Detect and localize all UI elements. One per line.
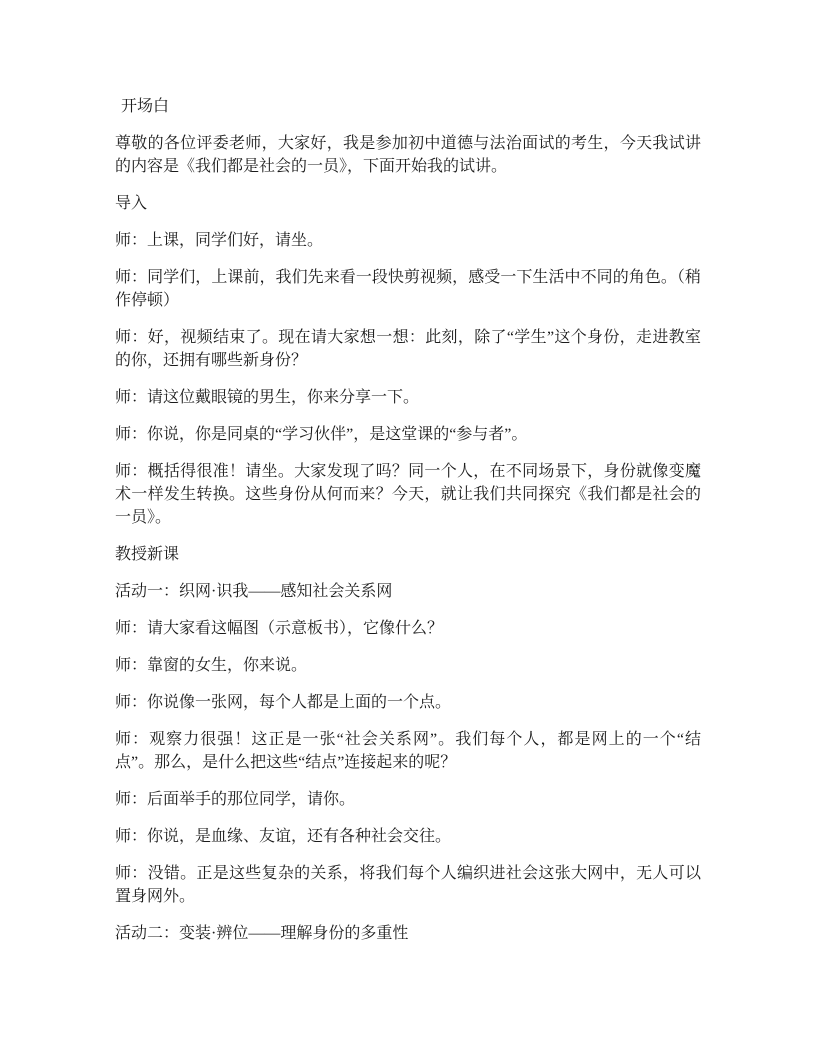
dialogue-line-greeting: 师：上课，同学们好，请坐。	[115, 229, 701, 252]
dialogue-line-video-question: 师：好，视频结束了。现在请大家想一想：此刻，除了“学生”这个身份，走进教室的你，…	[115, 326, 701, 372]
section-heading-new-lesson: 教授新课	[115, 543, 701, 566]
dialogue-line-student-answer: 师：你说，是血缘、友谊，还有各种社会交往。	[115, 825, 701, 848]
dialogue-line-call-on-boy: 师：请这位戴眼镜的男生，你来分享一下。	[115, 386, 701, 409]
dialogue-line-conclusion: 师：没错。正是这些复杂的关系，将我们每个人编织进社会这张大网中，无人可以置身网外…	[115, 862, 701, 908]
section-heading-lead-in: 导入	[115, 192, 701, 215]
dialogue-line-summary-topic: 师：概括得很准！请坐。大家发现了吗？同一个人，在不同场景下，身份就像变魔术一样发…	[115, 460, 701, 529]
document-body: 开场白尊敬的各位评委老师，大家好，我是参加初中道德与法治面试的考生，今天我试讲的…	[0, 0, 816, 945]
dialogue-line-boy-answer: 师：你说，你是同桌的“学习伙伴”，是这堂课的“参与者”。	[115, 423, 701, 446]
opening-heading: 开场白	[115, 95, 701, 118]
dialogue-line-network-explain: 师：观察力很强！这正是一张“社会关系网”。我们每个人，都是网上的一个“结点”。那…	[115, 728, 701, 774]
dialogue-line-board-question: 师：请大家看这幅图（示意板书），它像什么？	[115, 617, 701, 640]
document-page: 开场白尊敬的各位评委老师，大家好，我是参加初中道德与法治面试的考生，今天我试讲的…	[0, 0, 816, 1056]
dialogue-line-call-on-student: 师：后面举手的那位同学，请你。	[115, 788, 701, 811]
dialogue-line-girl-answer: 师：你说像一张网，每个人都是上面的一个点。	[115, 691, 701, 714]
activity-two-title: 活动二：变装·辨位——理解身份的多重性	[115, 922, 701, 945]
opening-statement: 尊敬的各位评委老师，大家好，我是参加初中道德与法治面试的考生，今天我试讲的内容是…	[115, 132, 701, 178]
activity-one-title: 活动一：织网·识我——感知社会关系网	[115, 580, 701, 603]
dialogue-line-video-intro: 师：同学们，上课前，我们先来看一段快剪视频，感受一下生活中不同的角色。（稍作停顿…	[115, 266, 701, 312]
dialogue-line-call-on-girl: 师：靠窗的女生，你来说。	[115, 654, 701, 677]
